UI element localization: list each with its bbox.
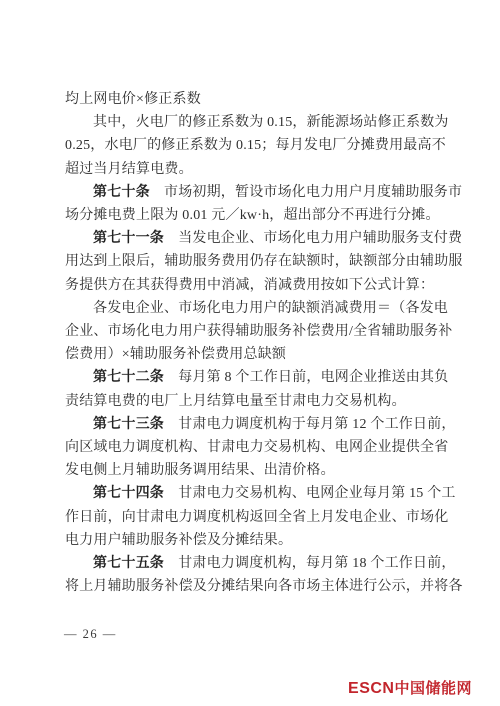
text-line: 偿费用）×辅助服务补偿费用总缺额 (65, 343, 447, 366)
text-line: 其中，火电厂的修正系数为 0.15，新能源场站修正系数为 (65, 111, 447, 134)
article-number: 第七十五条 (93, 556, 164, 571)
text-line: 第七十条 市场初期，暂设市场化电力用户月度辅助服务市 (65, 181, 447, 204)
text-line: 超过当月结算电费。 (65, 158, 447, 181)
text-line: 向区域电力调度机构、甘肃电力交易机构、电网企业提供全省 (65, 436, 447, 459)
line-text: 0.25，水电厂的修正系数为 0.15；每月发电厂分摊费用最高不 (65, 138, 446, 153)
text-line: 场分摊电费上限为 0.01 元／kw·h，超出部分不再进行分摊。 (65, 204, 447, 227)
line-text: 当发电企业、市场化电力用户辅助服务支付费 (164, 231, 462, 246)
text-line: 责结算电费的电厂上月结算电量至甘肃电力交易机构。 (65, 390, 447, 413)
text-line: 电力用户辅助服务补偿及分摊结果。 (65, 529, 447, 552)
line-text: 甘肃电力调度机构于每月第 12 个工作日前， (164, 417, 456, 432)
line-text: 各发电企业、市场化电力用户的缺额消减费用＝（各发电 (93, 301, 448, 316)
line-text: 偿费用）×辅助服务补偿费用总缺额 (65, 347, 286, 362)
line-text: 向区域电力调度机构、甘肃电力交易机构、电网企业提供全省 (65, 440, 448, 455)
line-text: 务提供方在其获得费用中消减，消减费用按如下公式计算： (65, 278, 434, 293)
escn-logo: ESCN中国储能网 (348, 680, 472, 698)
document-text-block: 均上网电价×修正系数 其中，火电厂的修正系数为 0.15，新能源场站修正系数为 … (65, 88, 447, 598)
line-text: 用达到上限后，辅助服务费用仍存在缺额时，缺额部分由辅助服 (65, 254, 463, 269)
article-number: 第七十四条 (93, 486, 164, 501)
escn-logo-chinese: 中国储能网 (394, 680, 472, 697)
line-text: 将上月辅助服务补偿及分摊结果向各市场主体进行公示，并将各 (65, 579, 463, 594)
text-line: 第七十二条 每月第 8 个工作日前，电网企业推送由其负 (65, 366, 447, 389)
line-text: 其中，火电厂的修正系数为 0.15，新能源场站修正系数为 (93, 115, 449, 130)
article-number: 第七十一条 (93, 231, 164, 246)
line-text: 甘肃电力调度机构，每月第 18 个工作日前， (164, 556, 456, 571)
text-line: 将上月辅助服务补偿及分摊结果向各市场主体进行公示，并将各 (65, 575, 447, 598)
escn-logo-latin: ESCN (348, 680, 394, 697)
text-line: 务提供方在其获得费用中消减，消减费用按如下公式计算： (65, 274, 447, 297)
article-number: 第七十条 (93, 185, 150, 200)
text-line: 第七十三条 甘肃电力调度机构于每月第 12 个工作日前， (65, 413, 447, 436)
text-line: 0.25，水电厂的修正系数为 0.15；每月发电厂分摊费用最高不 (65, 134, 447, 157)
text-line: 企业、市场化电力用户获得辅助服务补偿费用/全省辅助服务补 (65, 320, 447, 343)
article-number: 第七十二条 (93, 370, 164, 385)
text-line: 发电侧上月辅助服务调用结果、出清价格。 (65, 459, 447, 482)
line-text: 超过当月结算电费。 (65, 162, 193, 177)
line-text: 甘肃电力交易机构、电网企业每月第 15 个工 (164, 486, 456, 501)
line-text: 场分摊电费上限为 0.01 元／kw·h，超出部分不再进行分摊。 (65, 208, 440, 223)
text-line: 第七十一条 当发电企业、市场化电力用户辅助服务支付费 (65, 227, 447, 250)
document-page: 均上网电价×修正系数 其中，火电厂的修正系数为 0.15，新能源场站修正系数为 … (0, 0, 500, 706)
line-text: 作日前，向甘肃电力调度机构返回全省上月发电企业、市场化 (65, 510, 448, 525)
line-text: 发电侧上月辅助服务调用结果、出清价格。 (65, 463, 335, 478)
article-number: 第七十三条 (93, 417, 164, 432)
line-text: 责结算电费的电厂上月结算电量至甘肃电力交易机构。 (65, 394, 406, 409)
text-line: 各发电企业、市场化电力用户的缺额消减费用＝（各发电 (65, 297, 447, 320)
line-text: 市场初期，暂设市场化电力用户月度辅助服务市 (150, 185, 462, 200)
line-text: 每月第 8 个工作日前，电网企业推送由其负 (164, 370, 448, 385)
text-line: 用达到上限后，辅助服务费用仍存在缺额时，缺额部分由辅助服 (65, 250, 447, 273)
line-text: 电力用户辅助服务补偿及分摊结果。 (65, 533, 292, 548)
page-number: — 26 — (64, 627, 117, 642)
text-line: 第七十五条 甘肃电力调度机构，每月第 18 个工作日前， (65, 552, 447, 575)
line-text: 均上网电价×修正系数 (65, 92, 201, 107)
text-line: 第七十四条 甘肃电力交易机构、电网企业每月第 15 个工 (65, 482, 447, 505)
text-line: 均上网电价×修正系数 (65, 88, 447, 111)
text-line: 作日前，向甘肃电力调度机构返回全省上月发电企业、市场化 (65, 506, 447, 529)
line-text: 企业、市场化电力用户获得辅助服务补偿费用/全省辅助服务补 (65, 324, 453, 339)
